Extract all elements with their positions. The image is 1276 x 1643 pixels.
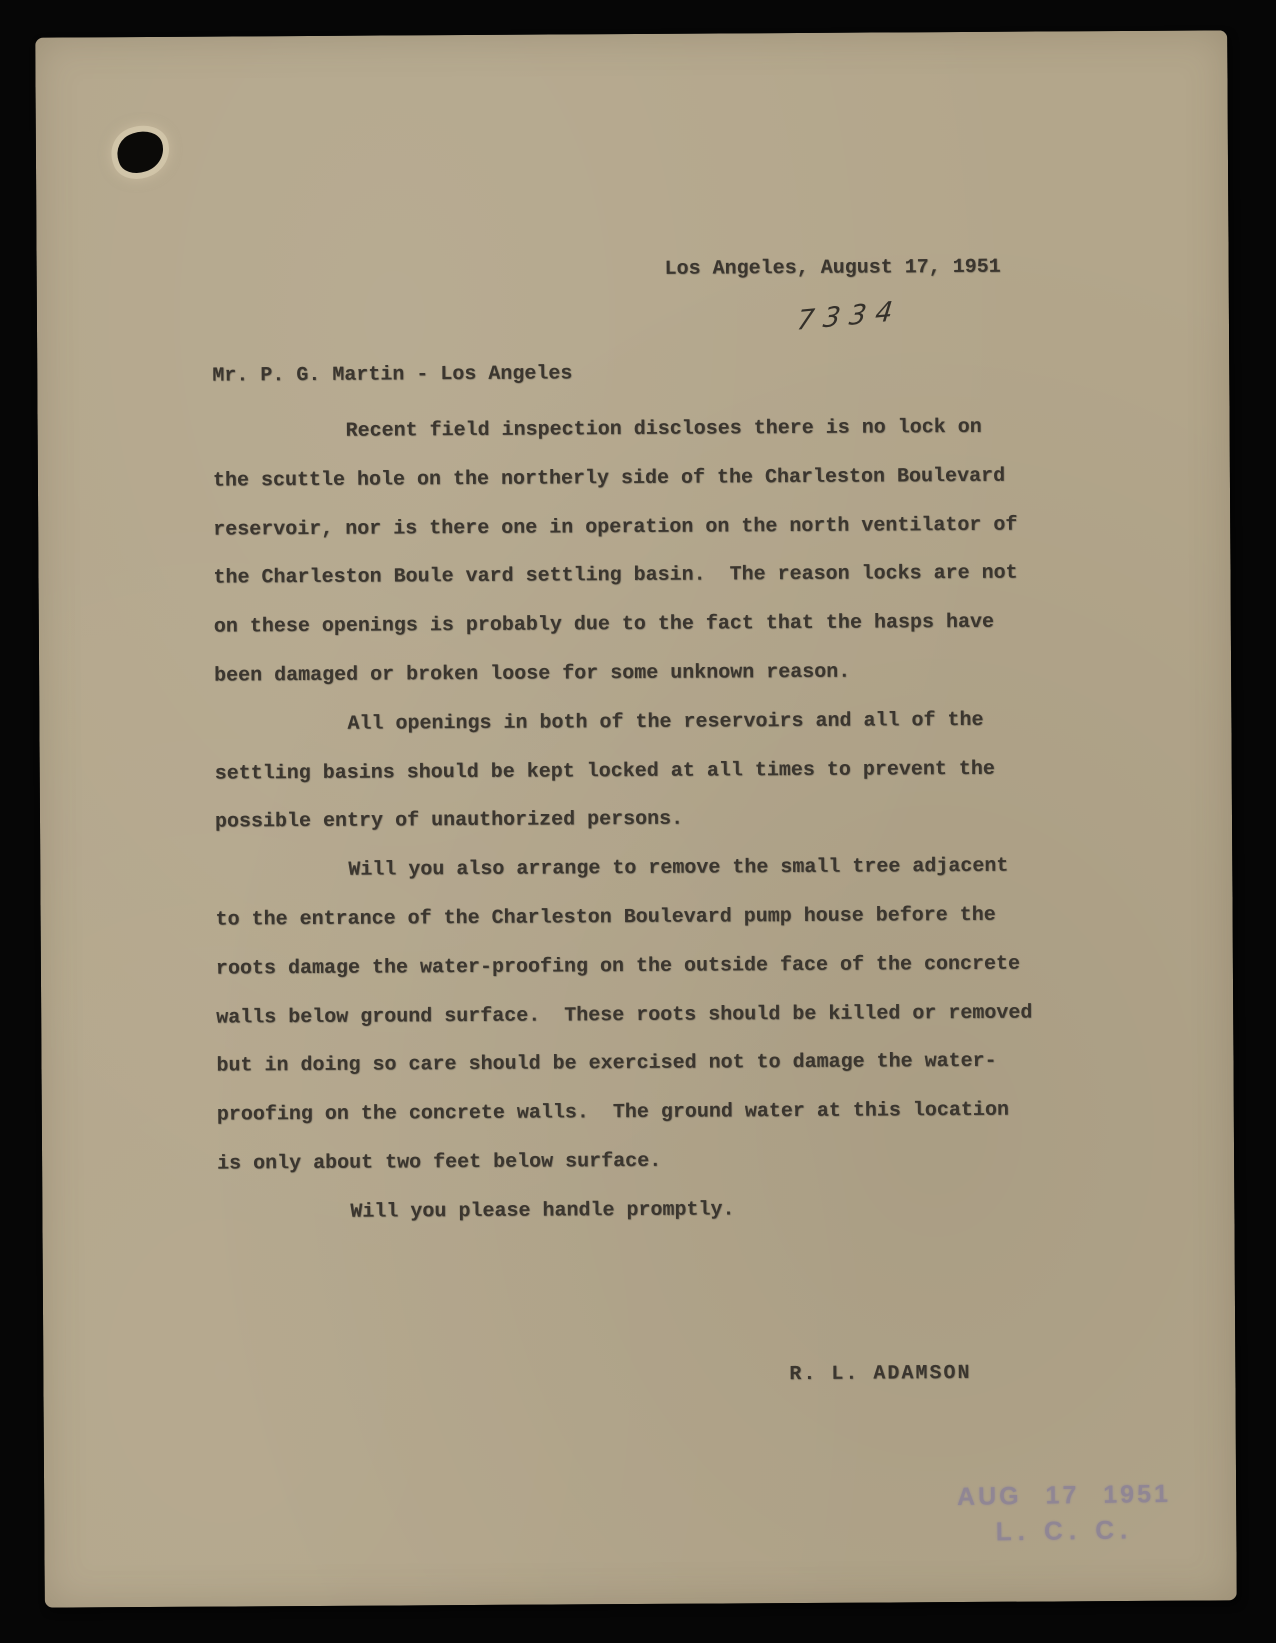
stamp-org: L. C. C.	[944, 1514, 1184, 1549]
punch-hole	[112, 126, 169, 179]
body-line: Will you also arrange to remove the smal…	[215, 843, 1045, 897]
body-line: on these openings is probably due to the…	[214, 599, 1044, 653]
recipient-line: Mr. P. G. Martin - Los Angeles	[212, 362, 572, 387]
body-line: roots damage the water-proofing on the o…	[216, 940, 1046, 994]
dateline: Los Angeles, August 17, 1951	[665, 256, 1001, 281]
body-line: been damaged or broken loose for some un…	[214, 647, 1044, 701]
body-line: Recent field inspection discloses there …	[212, 404, 1042, 458]
body-line: possible entry of unauthorized persons.	[215, 794, 1045, 848]
body-line: reservoir, nor is there one in operation…	[213, 501, 1043, 555]
body-line: the Charleston Boule vard settling basin…	[213, 550, 1043, 604]
handwritten-number: 7334	[795, 296, 903, 337]
body-line: the scuttle hole on the northerly side o…	[213, 452, 1043, 506]
signature: R. L. ADAMSON	[789, 1362, 971, 1386]
date-stamp: AUG 17 1951 L. C. C.	[944, 1480, 1185, 1549]
body-line: Will you please handle promptly.	[217, 1184, 1047, 1238]
body-line: is only about two feet below surface.	[217, 1135, 1047, 1189]
body-line: All openings in both of the reservoirs a…	[214, 696, 1044, 750]
letter-page: Los Angeles, August 17, 1951 7334 Mr. P.…	[35, 30, 1237, 1607]
body-line: proofing on the concrete walls. The grou…	[217, 1087, 1047, 1141]
body-line: settling basins should be kept locked at…	[215, 745, 1045, 799]
body-line: but in doing so care should be exercised…	[216, 1038, 1046, 1092]
body-line: walls below ground surface. These roots …	[216, 989, 1046, 1043]
letter-body: Recent field inspection discloses there …	[212, 404, 1047, 1239]
body-line: to the entrance of the Charleston Boulev…	[215, 891, 1045, 945]
stamp-date: AUG 17 1951	[944, 1480, 1184, 1513]
